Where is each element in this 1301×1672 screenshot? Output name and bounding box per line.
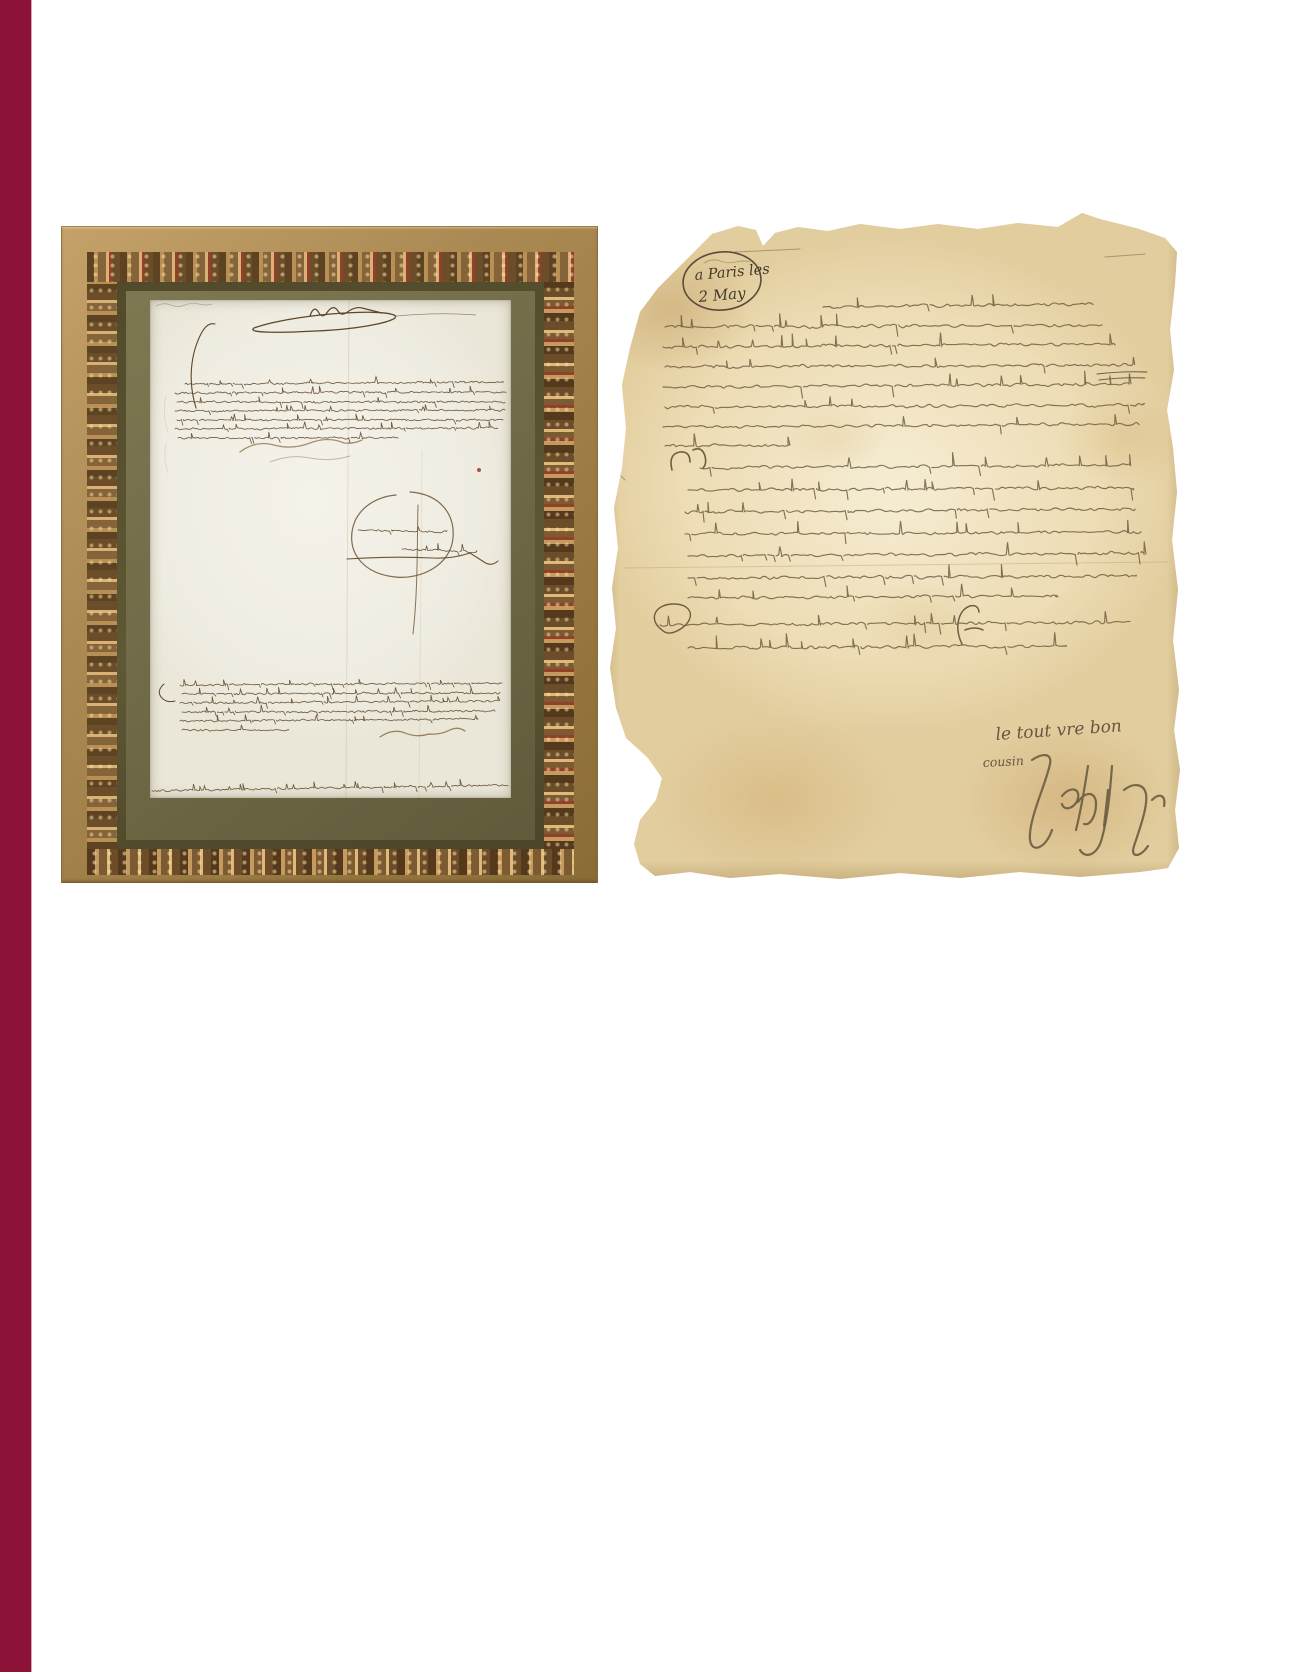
carved-band-bottom: [87, 849, 574, 875]
paper-creases: [346, 300, 422, 798]
paragraph-capitals: [610, 372, 1147, 644]
date-annotation-line1: a Paris les: [694, 261, 770, 284]
letter-handwriting-svg: a Paris les 2 May le tout vre bon cousin: [600, 200, 1183, 881]
carved-band-left: [87, 282, 117, 849]
page-accent-bar: [0, 0, 32, 1672]
carved-band-right: [544, 282, 574, 849]
secretary-flourish: [240, 440, 362, 463]
sealing-wax-dot: [477, 468, 481, 472]
framed-manuscript-photo: [61, 226, 598, 883]
manuscript-handwriting-svg: [150, 300, 511, 798]
date-annotation-line2: 2 May: [697, 284, 747, 306]
royal-signature-flourish: [191, 308, 476, 408]
closing-line1: le tout vre bon: [995, 716, 1123, 745]
gilt-frame-outer: [61, 226, 598, 883]
gilt-frame-carved-band: [87, 252, 574, 875]
velvet-mat-bevel: [117, 282, 544, 849]
carved-band-top: [87, 252, 574, 282]
closing-line2: cousin: [982, 753, 1024, 770]
velvet-mat: [126, 291, 535, 840]
catalog-page: a Paris les 2 May le tout vre bon cousin: [0, 0, 1301, 1672]
faint-header-scribble: [704, 249, 1145, 263]
aged-letter-photo: a Paris les 2 May le tout vre bon cousin: [600, 200, 1183, 881]
manuscript-paper: [150, 300, 511, 798]
signature-scrawl: [1030, 755, 1165, 855]
rubric-signature: [347, 492, 498, 634]
letter-text-lines: [660, 294, 1146, 654]
fold-crease: [624, 562, 1168, 568]
